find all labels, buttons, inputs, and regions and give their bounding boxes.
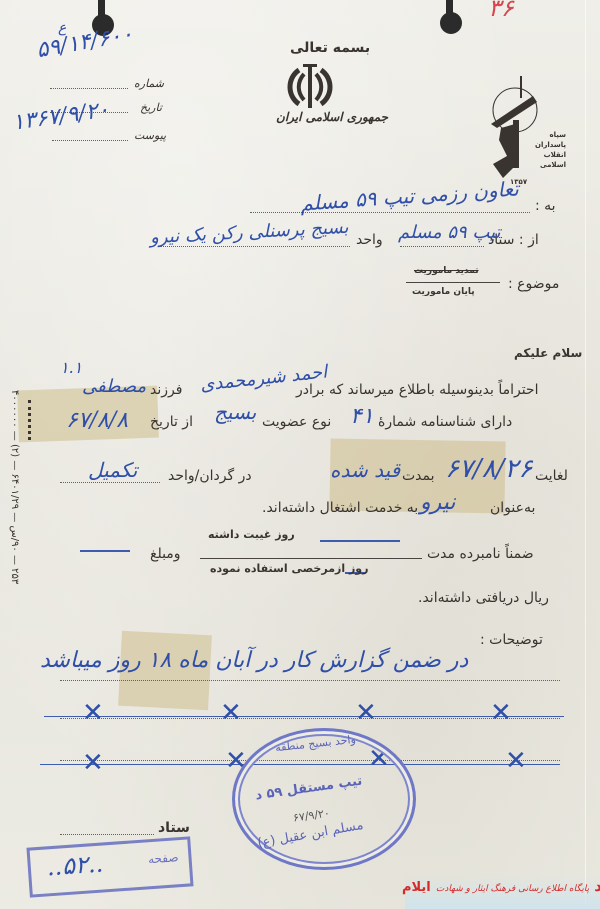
watermark-brand: نوید شاهد [594, 877, 600, 895]
line2-membership-label: نوع عضویت [262, 414, 331, 430]
stamp-top-text: واحد بسیج منطقه [275, 733, 357, 754]
iran-emblem-caption: جمهوری اسلامی ایران [276, 110, 388, 124]
punch-hole-right [440, 12, 462, 34]
line2-from-label: از تاریخ [150, 414, 193, 430]
page-value: ..۵۲.. [46, 850, 104, 882]
line3-unit: تکمیل [88, 458, 137, 482]
stamp-middle-text: تیپ مستقل ۵۹ د [254, 774, 363, 804]
to-label: به : [535, 198, 556, 214]
subject-divider [406, 282, 500, 283]
line3-duration: قید شده [330, 458, 400, 482]
subject-crossed-option: تمدید ماموریت [414, 266, 479, 276]
leave-label: روز ازمرخصی استفاده نموده [210, 562, 368, 575]
note-prefix: ضمناً نامبرده مدت [427, 546, 534, 562]
remarks-strike-line-1 [44, 716, 564, 717]
watermark-tagline: پایگاه اطلاع رسانی فرهنگ ایثار و شهادت [436, 884, 589, 894]
cross-mark-icon: ✕ [355, 700, 377, 726]
line3-duration-label: بمدت [402, 468, 435, 484]
margin-code: ۲۵۳ — ۹۰/س — ۶۴۰۱/۲۹ — (۲) — ۴۰۰۰۰۰۰ [10, 390, 30, 750]
irgc-emblem-icon [483, 68, 543, 188]
absence-ink-dash [320, 540, 400, 542]
rial-line: ریال دریافتی داشته‌اند. [418, 590, 549, 606]
remarks-text: در ضمن گزارش کار در آبان ماه ۱۸ روز میبا… [40, 648, 468, 673]
line1-annotation: ۱.۱ [60, 358, 82, 377]
page-label: صفحه [148, 850, 179, 866]
line3-unit-label: در گردان/واحد [168, 468, 252, 484]
line4-role: نیرو [420, 490, 456, 515]
note-fraction-line [200, 558, 422, 559]
from-staff-dotted-line [400, 246, 484, 247]
irgc-emblem-caption: سپاه پاسداران انقلاب اسلامی [535, 130, 566, 170]
irgc-caption-line-4: اسلامی [535, 160, 566, 170]
cross-mark-icon: ✕ [82, 750, 104, 776]
staff-signature-dotted-line [60, 834, 154, 835]
staff-signature-label: ستاد [158, 820, 190, 836]
line1-father: مصطفی [82, 376, 146, 397]
line2-from-date: ۶۷/۸/۸ [66, 408, 128, 433]
cross-mark-icon: ✕ [505, 748, 527, 774]
stamp-bottom-text: مسلم ابن عقیل (ع) [257, 818, 365, 851]
cross-mark-icon: ✕ [220, 700, 242, 726]
line3-until-label: لغایت [535, 468, 568, 484]
remarks-dotted-line-2 [60, 718, 560, 719]
date-label: تاریخ [140, 101, 162, 114]
stamp-date: ۶۷/۹/۲۰ [292, 806, 330, 824]
to-dotted-line [250, 212, 530, 213]
line2-prefix: دارای شناسنامه شمارهٔ [378, 414, 512, 430]
greeting: سلام علیکم [514, 346, 582, 360]
line4-suffix: به خدمت اشتغال داشته‌اند. [262, 500, 418, 516]
line2-id: ۴۱ [350, 404, 374, 429]
official-stamp: واحد بسیج منطقه تیپ مستقل ۵۹ د ۶۷/۹/۲۰ م… [232, 728, 416, 870]
irgc-caption-line-3: انقلاب [535, 150, 566, 160]
margin-code-text: ۲۵۳ — ۹۰/س — ۶۴۰۱/۲۹ — (۲) — ۴۰۰۰۰۰۰ [9, 390, 20, 584]
subject-value: پایان ماموریت [412, 287, 475, 297]
line2-membership: بسیج [214, 400, 256, 424]
attachment-dotted-line [52, 140, 128, 141]
line1-prefix: احتراماً بدینوسیله باطلاع میرساند که برا… [296, 382, 538, 398]
watermark-region: ایلام [402, 880, 431, 895]
remarks-dotted-line-1 [60, 680, 560, 681]
line3-until-date: ۶۷/۸/۲۶ [445, 454, 532, 484]
subject-label: موضوع : [508, 276, 559, 292]
irgc-caption-line-1: سپاه [535, 130, 566, 140]
from-staff-value: تیپ ۵۹ مسلم [398, 222, 501, 243]
remarks-label: توضیحات : [480, 632, 543, 648]
red-corner-mark: ۳۶ [488, 0, 514, 22]
attachment-label: پیوست [134, 129, 166, 142]
bismillah: بسمه تعالی [290, 40, 370, 56]
watermark-logo: نوید شاهد پایگاه اطلاع رسانی فرهنگ ایثار… [402, 876, 600, 895]
iran-emblem-icon [285, 60, 335, 112]
line1-son-of-label: فرزند [150, 382, 182, 398]
line3-unit-dotted-line [60, 482, 160, 483]
number-label: شماره [134, 77, 164, 90]
amount-label: ومبلغ [150, 546, 181, 562]
irgc-caption-line-2: پاسداران [535, 140, 566, 150]
cross-mark-icon: ✕ [82, 700, 104, 726]
amount-ink-dash [80, 550, 130, 552]
absence-label: روز غیبت داشته [208, 528, 295, 541]
line4-as-label: به‌عنوان [490, 500, 535, 516]
unit-label: واحد [356, 232, 383, 248]
letter-number-prefix: ع [58, 20, 66, 36]
number-dotted-line [50, 88, 128, 89]
paper-fold-line [585, 0, 586, 909]
cross-mark-icon: ✕ [490, 700, 512, 726]
